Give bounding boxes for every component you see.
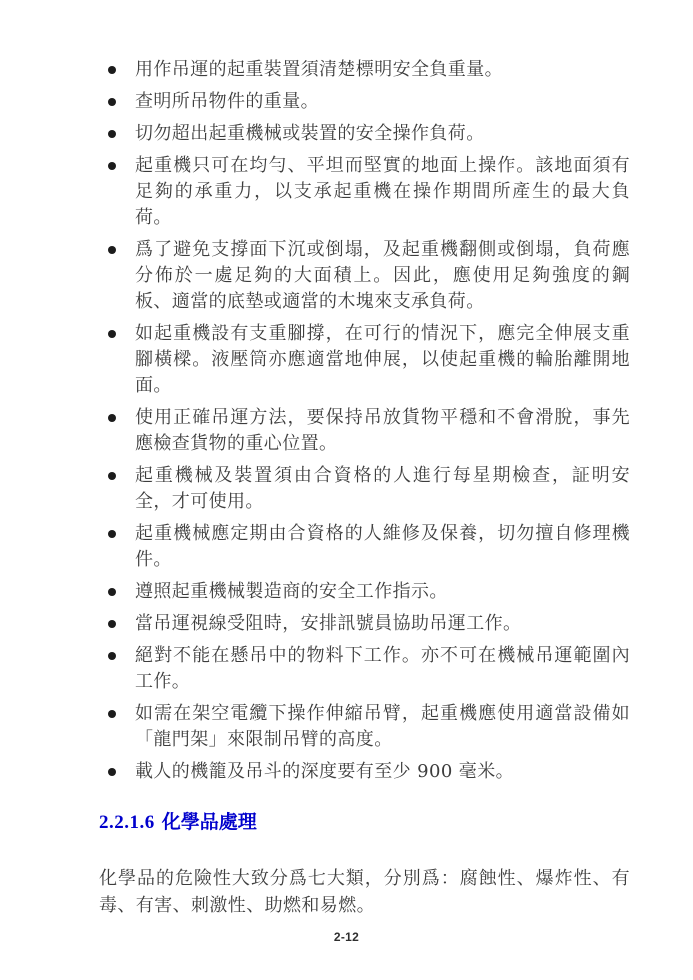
list-item: 當吊運視線受阻時，安排訊號員協助吊運工作。 (99, 611, 630, 637)
list-item: 使用正確吊運方法，要保持吊放貨物平穩和不會滑脫，事先應檢查貨物的重心位置。 (99, 405, 630, 457)
list-item: 絕對不能在懸吊中的物料下工作。亦不可在機械吊運範圍內工作。 (99, 643, 630, 695)
bullet-text: 爲了避免支撐面下沉或倒塌，及起重機翻側或倒塌，負荷應分佈於一處足夠的大面積上。因… (135, 237, 630, 315)
bullet-text: 如需在架空電纜下操作伸縮吊臂，起重機應使用適當設備如「龍門架」來限制吊臂的高度。 (135, 701, 630, 753)
bullet-icon (108, 652, 116, 660)
bullet-icon (108, 530, 116, 538)
bullet-icon (108, 472, 116, 480)
bullet-icon (108, 620, 116, 628)
list-item: 起重機只可在均勻、平坦而堅實的地面上操作。該地面須有足夠的承重力，以支承起重機在… (99, 153, 630, 231)
list-item: 切勿超出起重機械或裝置的安全操作負荷。 (99, 121, 630, 147)
list-item: 爲了避免支撐面下沉或倒塌，及起重機翻側或倒塌，負荷應分佈於一處足夠的大面積上。因… (99, 237, 630, 315)
bullet-list: 用作吊運的起重裝置須清楚標明安全負重量。 查明所吊物件的重量。 切勿超出起重機械… (99, 57, 630, 785)
list-item: 用作吊運的起重裝置須清楚標明安全負重量。 (99, 57, 630, 83)
bullet-text: 絕對不能在懸吊中的物料下工作。亦不可在機械吊運範圍內工作。 (135, 643, 630, 695)
page-content: 用作吊運的起重裝置須清楚標明安全負重量。 查明所吊物件的重量。 切勿超出起重機械… (99, 57, 630, 919)
bullet-text: 起重機只可在均勻、平坦而堅實的地面上操作。該地面須有足夠的承重力，以支承起重機在… (135, 153, 630, 231)
bullet-icon (108, 330, 116, 338)
list-item: 起重機械及裝置須由合資格的人進行每星期檢查，証明安全，才可使用。 (99, 463, 630, 515)
page-footer: 2-12 (0, 930, 693, 944)
bullet-icon (108, 246, 116, 254)
bullet-icon (108, 768, 116, 776)
bullet-text: 起重機械及裝置須由合資格的人進行每星期檢查，証明安全，才可使用。 (135, 463, 630, 515)
bullet-text: 起重機械應定期由合資格的人維修及保養，切勿擅自修理機件。 (135, 521, 630, 573)
section-title: 化學品處理 (162, 811, 257, 833)
bullet-text: 遵照起重機械製造商的安全工作指示。 (135, 579, 630, 605)
bullet-icon (108, 66, 116, 74)
body-paragraph: 化學品的危險性大致分爲七大類，分別爲：腐蝕性、爆炸性、有毒、有害、刺激性、助燃和… (99, 865, 630, 919)
bullet-icon (108, 710, 116, 718)
bullet-icon (108, 98, 116, 106)
bullet-text: 如起重機設有支重腳撐，在可行的情況下，應完全伸展支重腳橫樑。液壓筒亦應適當地伸展… (135, 321, 630, 399)
list-item: 遵照起重機械製造商的安全工作指示。 (99, 579, 630, 605)
section-heading: 2.2.1.6化學品處理 (99, 809, 630, 836)
list-item: 如需在架空電纜下操作伸縮吊臂，起重機應使用適當設備如「龍門架」來限制吊臂的高度。 (99, 701, 630, 753)
document-page: 用作吊運的起重裝置須清楚標明安全負重量。 查明所吊物件的重量。 切勿超出起重機械… (0, 0, 693, 980)
list-item: 起重機械應定期由合資格的人維修及保養，切勿擅自修理機件。 (99, 521, 630, 573)
bullet-text: 查明所吊物件的重量。 (135, 89, 630, 115)
bullet-icon (108, 162, 116, 170)
list-item: 如起重機設有支重腳撐，在可行的情況下，應完全伸展支重腳橫樑。液壓筒亦應適當地伸展… (99, 321, 630, 399)
bullet-icon (108, 414, 116, 422)
bullet-text: 切勿超出起重機械或裝置的安全操作負荷。 (135, 121, 630, 147)
bullet-text: 使用正確吊運方法，要保持吊放貨物平穩和不會滑脫，事先應檢查貨物的重心位置。 (135, 405, 630, 457)
bullet-text: 用作吊運的起重裝置須清楚標明安全負重量。 (135, 57, 630, 83)
bullet-icon (108, 130, 116, 138)
list-item: 載人的機籠及吊斗的深度要有至少 900 毫米。 (99, 759, 630, 785)
bullet-text: 載人的機籠及吊斗的深度要有至少 900 毫米。 (135, 759, 630, 785)
page-number: 2-12 (334, 930, 359, 944)
section-number: 2.2.1.6 (99, 812, 155, 833)
bullet-icon (108, 588, 116, 596)
bullet-text: 當吊運視線受阻時，安排訊號員協助吊運工作。 (135, 611, 630, 637)
list-item: 查明所吊物件的重量。 (99, 89, 630, 115)
